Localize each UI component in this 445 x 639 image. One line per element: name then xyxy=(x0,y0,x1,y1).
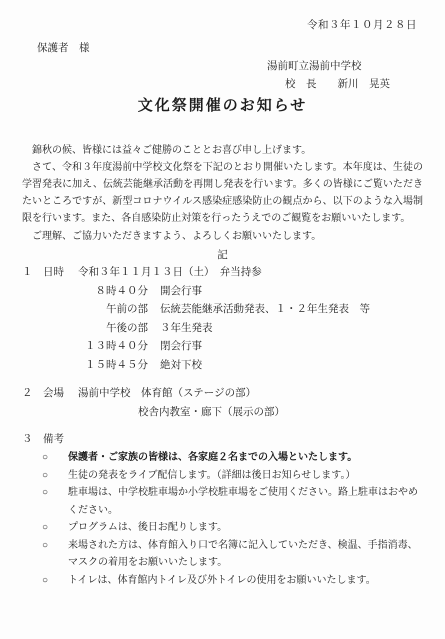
note-text: 来場された方は、体育館入り口で名簿に記入していただき、検温、手指消毒、マスクの着… xyxy=(68,540,418,569)
addressee: 保護者 様 xyxy=(22,40,423,56)
circle-bullet-icon: ○ xyxy=(42,572,48,590)
schedule-time: 午前の部 xyxy=(22,300,148,319)
note-item: ○ 来場された方は、体育館入り口で名簿に記入していただき、検温、手指消毒、マスク… xyxy=(22,537,422,572)
circle-bullet-icon: ○ xyxy=(42,484,48,502)
document-page: 令和３年１０月２８日 保護者 様 湯前町立湯前中学校 校 長 新川 晃英 文化祭… xyxy=(0,0,445,639)
section-notes-label: 備考 xyxy=(43,431,78,448)
schedule-time: １５時４５分 xyxy=(22,356,148,375)
schedule-row: 午後の部 ３年生発表 xyxy=(22,319,423,338)
body-paragraph: さて、令和３年度湯前中学校文化祭を下記のとおり開催いたします。本年度は、生徒の学… xyxy=(22,159,423,227)
note-item: ○ 生徒の発表をライブ配信します。（詳細は後日お知らせします。） xyxy=(22,467,422,485)
section-venue: ２ 会場 湯前中学校 体育館（ステージの部） xyxy=(22,384,423,403)
closing-paragraph: ご理解、ご協力いただきますよう、よろしくお願いいたします。 xyxy=(22,228,423,245)
venue-line1: 湯前中学校 体育館（ステージの部） xyxy=(78,384,256,403)
note-item: ○ プログラムは、後日お配りします。 xyxy=(22,519,422,537)
section-datetime: １ 日時 令和３年１１月１３日（土） 弁当持参 xyxy=(22,263,423,282)
section-notes-number: ３ xyxy=(22,431,43,448)
section-datetime-value: 令和３年１１月１３日（土） 弁当持参 xyxy=(78,263,262,282)
circle-bullet-icon: ○ xyxy=(42,537,48,555)
note-item: ○ トイレは、体育館内トイレ及び外トイレの使用をお願いいたします。 xyxy=(22,572,422,590)
section-datetime-number: １ xyxy=(22,263,43,282)
note-text: 生徒の発表をライブ配信します。（詳細は後日お知らせします。） xyxy=(68,470,356,481)
schedule-event: 閉会行事 xyxy=(160,337,202,356)
section-venue-label: 会場 xyxy=(43,384,78,403)
schedule-event: 開会行事 xyxy=(160,282,202,301)
principal-name: 校 長 新川 晃英 xyxy=(22,76,423,92)
schedule-time: １３時４０分 xyxy=(22,337,148,356)
schedule-event: 絶対下校 xyxy=(160,356,202,375)
section-notes: ３ 備考 xyxy=(22,431,423,448)
schedule-time: 午後の部 xyxy=(22,319,148,338)
greeting-paragraph: 錦秋の候、皆様には益々ご健勝のこととお喜び申し上げます。 xyxy=(22,142,423,159)
schedule-row: ８時４０分 開会行事 xyxy=(22,282,423,301)
note-text: 駐車場は、中学校駐車場か小学校駐車場をご使用ください。路上駐車はおやめください。 xyxy=(68,487,418,516)
schedule-row: 午前の部 伝統芸能継承活動発表、１・２年生発表 等 xyxy=(22,300,423,319)
section-venue-number: ２ xyxy=(22,384,43,403)
circle-bullet-icon: ○ xyxy=(42,519,48,537)
venue-line2: 校舎内教室・廊下（展示の部） xyxy=(138,403,423,422)
notice-title: 文化祭開催のお知らせ xyxy=(22,96,423,116)
schedule-time: ８時４０分 xyxy=(22,282,148,301)
section-datetime-label: 日時 xyxy=(43,263,78,282)
circle-bullet-icon: ○ xyxy=(42,467,48,485)
schedule-event: ３年生発表 xyxy=(160,319,213,338)
record-marker: 記 xyxy=(22,248,423,263)
notes-list: ○ 保護者・ご家族の皆様は、各家庭２名までの入場といたします。 ○ 生徒の発表を… xyxy=(22,449,423,589)
note-text: トイレは、体育館内トイレ及び外トイレの使用をお願いいたします。 xyxy=(68,575,376,586)
schedule-row: １５時４５分 絶対下校 xyxy=(22,356,423,375)
date-line: 令和３年１０月２８日 xyxy=(22,17,423,33)
school-name: 湯前町立湯前中学校 xyxy=(22,58,423,74)
schedule-event: 伝統芸能継承活動発表、１・２年生発表 等 xyxy=(160,300,370,319)
note-item: ○ 保護者・ご家族の皆様は、各家庭２名までの入場といたします。 xyxy=(22,449,422,467)
schedule-row: １３時４０分 閉会行事 xyxy=(22,337,423,356)
note-text: 保護者・ご家族の皆様は、各家庭２名までの入場といたします。 xyxy=(68,452,357,463)
circle-bullet-icon: ○ xyxy=(42,449,48,467)
note-item: ○ 駐車場は、中学校駐車場か小学校駐車場をご使用ください。路上駐車はおやめくださ… xyxy=(22,484,422,519)
note-text: プログラムは、後日お配りします。 xyxy=(68,522,227,533)
